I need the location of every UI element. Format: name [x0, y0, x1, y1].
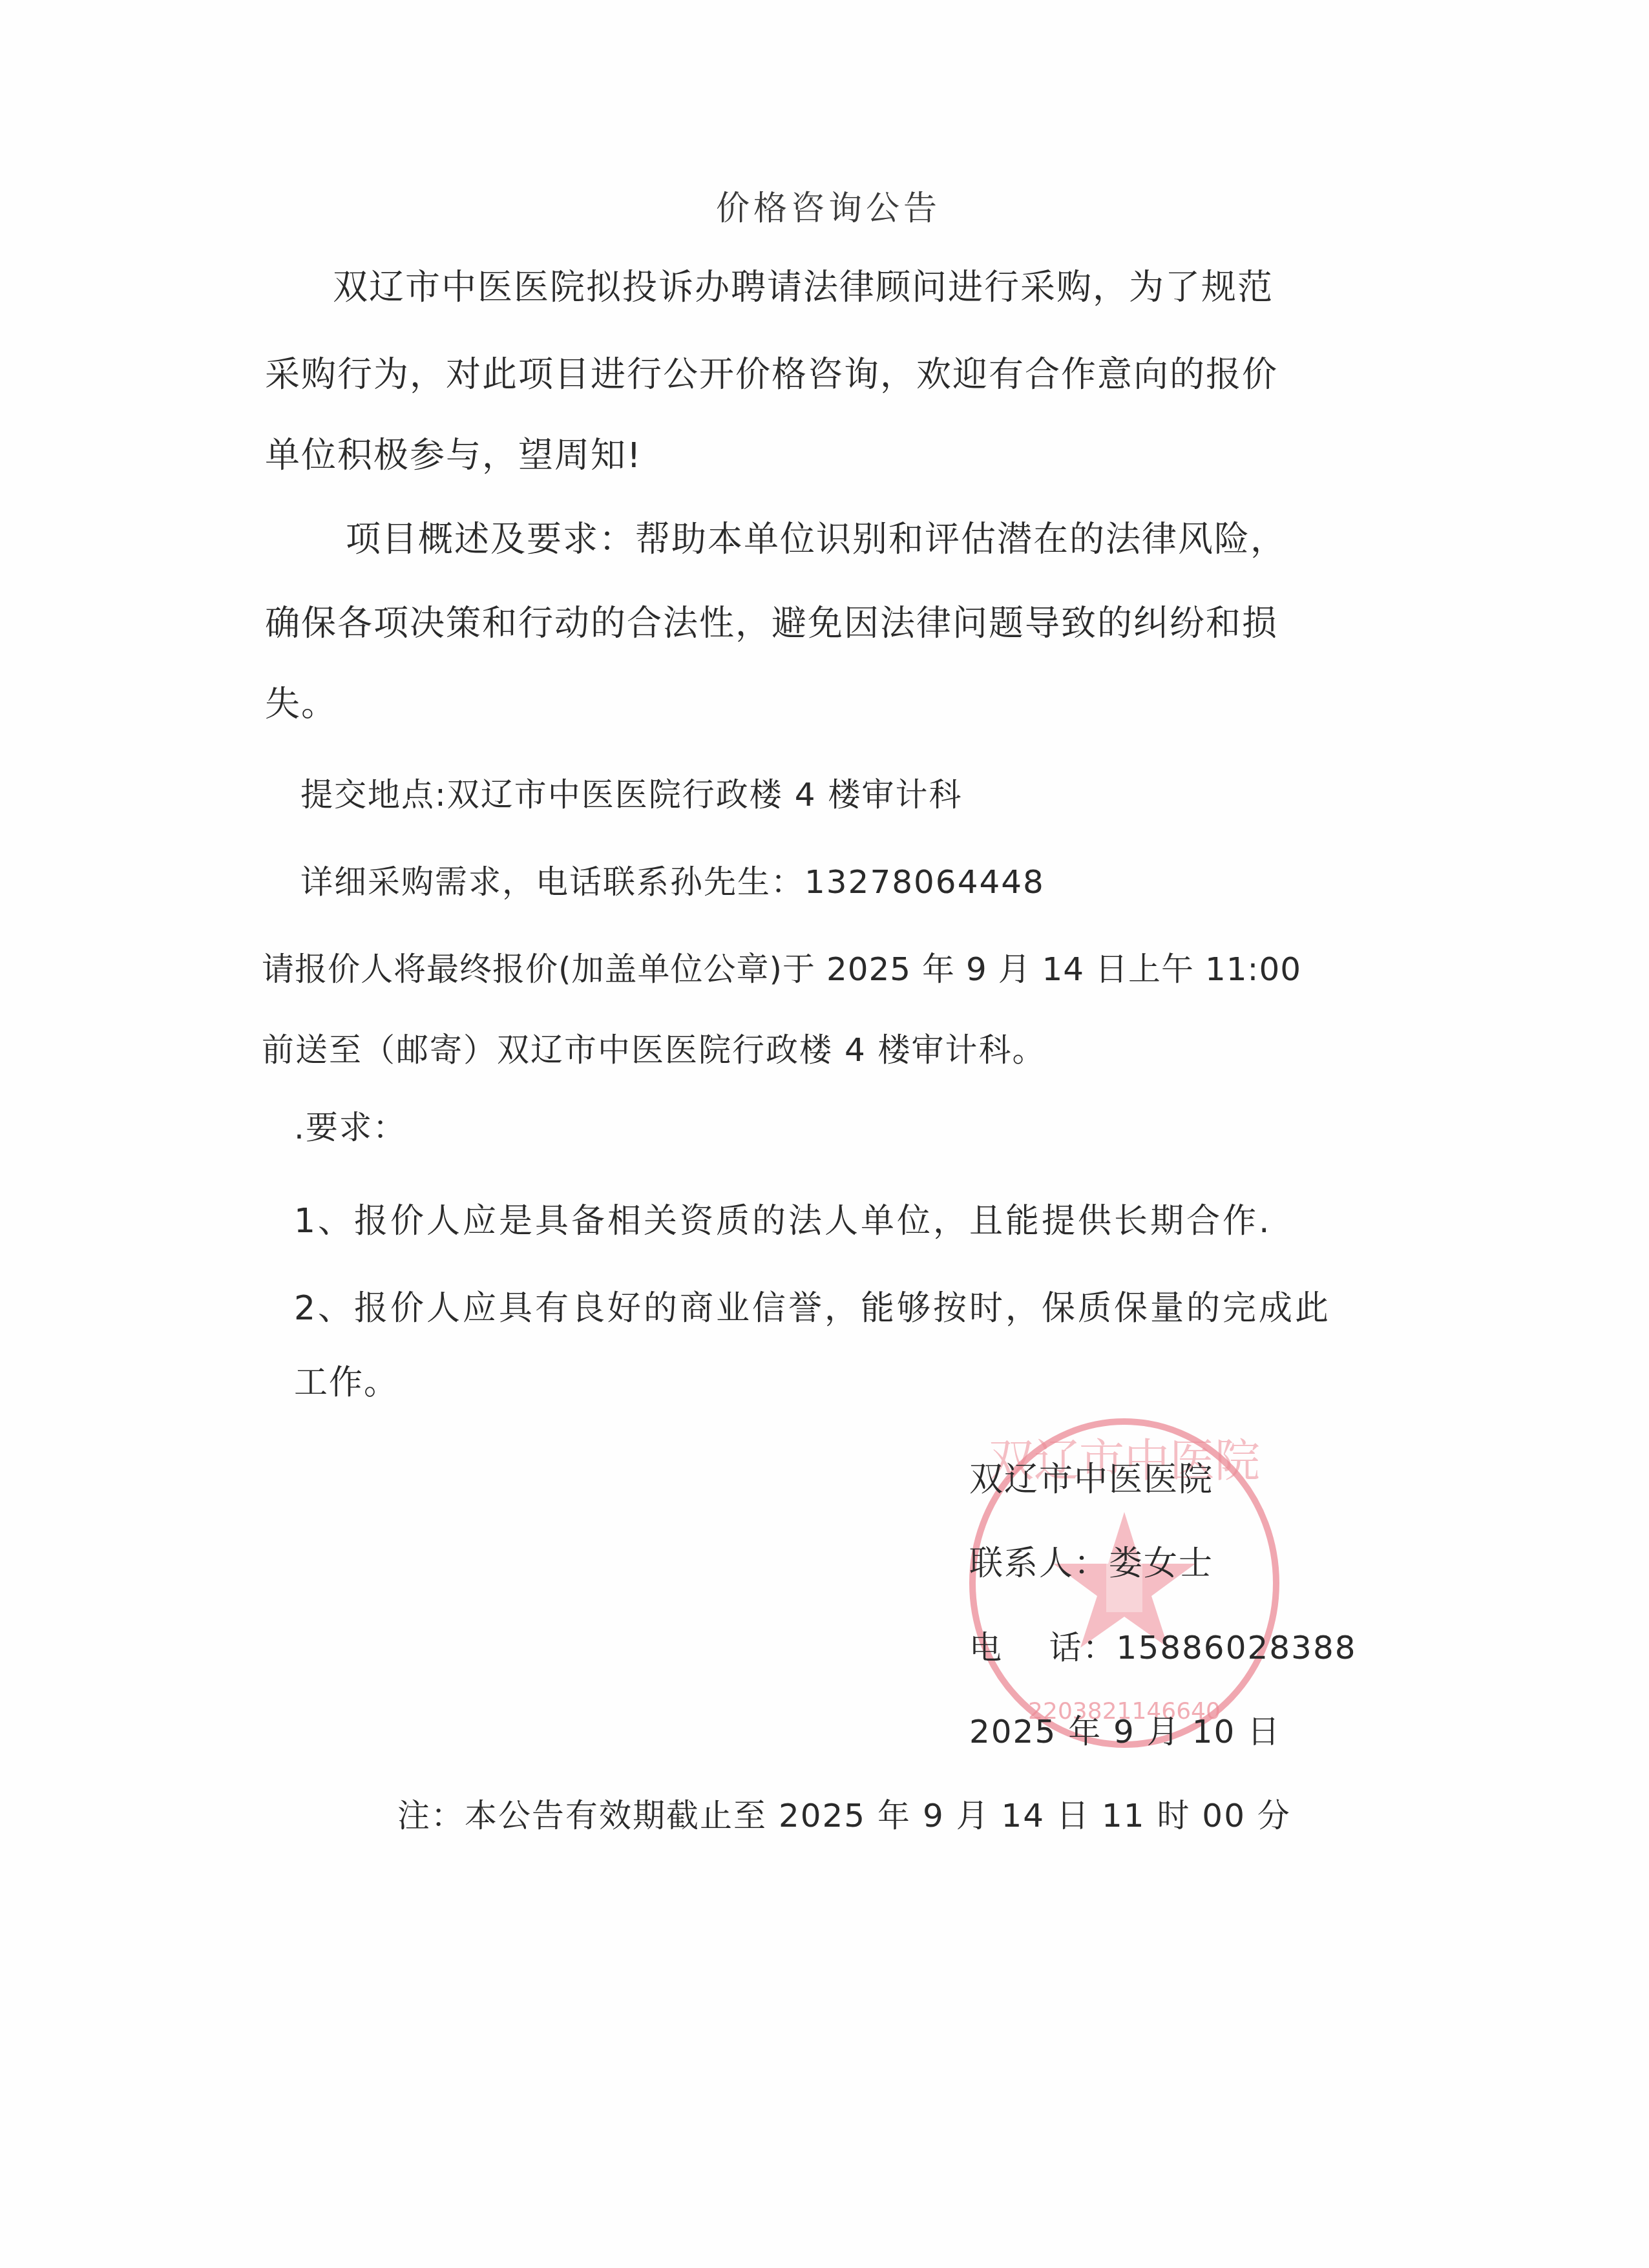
overview-line-1: 项目概述及要求：帮助本单位识别和评估潜在的法律风险，: [346, 517, 1287, 562]
requirement-item-1: 1、报价人应是具备相关资质的法人单位，且能提供长期合作.: [294, 1199, 1272, 1244]
deadline-line-1: 请报价人将最终报价(加盖单位公章)于 2025 年 9 月 14 日上午 11:…: [262, 947, 1301, 992]
signature-phone: 电 话：15886028388: [969, 1625, 1357, 1670]
intro-line-3: 单位积极参与，望周知!: [265, 433, 642, 478]
signature-date: 2025 年 9 月 10 日: [969, 1709, 1281, 1754]
validity-note: 注：本公告有效期截止至 2025 年 9 月 14 日 11 时 00 分: [397, 1793, 1291, 1838]
overview-line-2: 确保各项决策和行动的合法性，避免因法律问题导致的纠纷和损: [265, 601, 1278, 646]
contact-detail: 详细采购需求，电话联系孙先生：13278064448: [300, 859, 1045, 905]
deadline-line-2: 前送至（邮寄）双辽市中医医院行政楼 4 楼审计科。: [262, 1027, 1046, 1073]
requirement-item-2: 2、报价人应具有良好的商业信誉，能够按时，保质保量的完成此: [294, 1286, 1331, 1331]
signature-organization: 双辽市中医医院: [969, 1457, 1213, 1502]
submission-location: 提交地点:双辽市中医医院行政楼 4 楼审计科: [300, 772, 962, 817]
requirements-heading: .要求：: [294, 1105, 406, 1150]
intro-line-2: 采购行为，对此项目进行公开价格咨询，欢迎有合作意向的报价: [265, 352, 1278, 397]
requirement-item-2-cont: 工作。: [294, 1360, 399, 1405]
overview-line-3: 失。: [265, 682, 337, 727]
document-title: 价格咨询公告: [716, 181, 941, 229]
signature-contact-person: 联系人：娄女士: [969, 1541, 1213, 1586]
intro-line-1: 双辽市中医医院拟投诉办聘请法律顾问进行采购，为了规范: [333, 265, 1274, 310]
scanned-page: 价格咨询公告 双辽市中医医院拟投诉办聘请法律顾问进行采购，为了规范 采购行为，对…: [0, 0, 1649, 2268]
